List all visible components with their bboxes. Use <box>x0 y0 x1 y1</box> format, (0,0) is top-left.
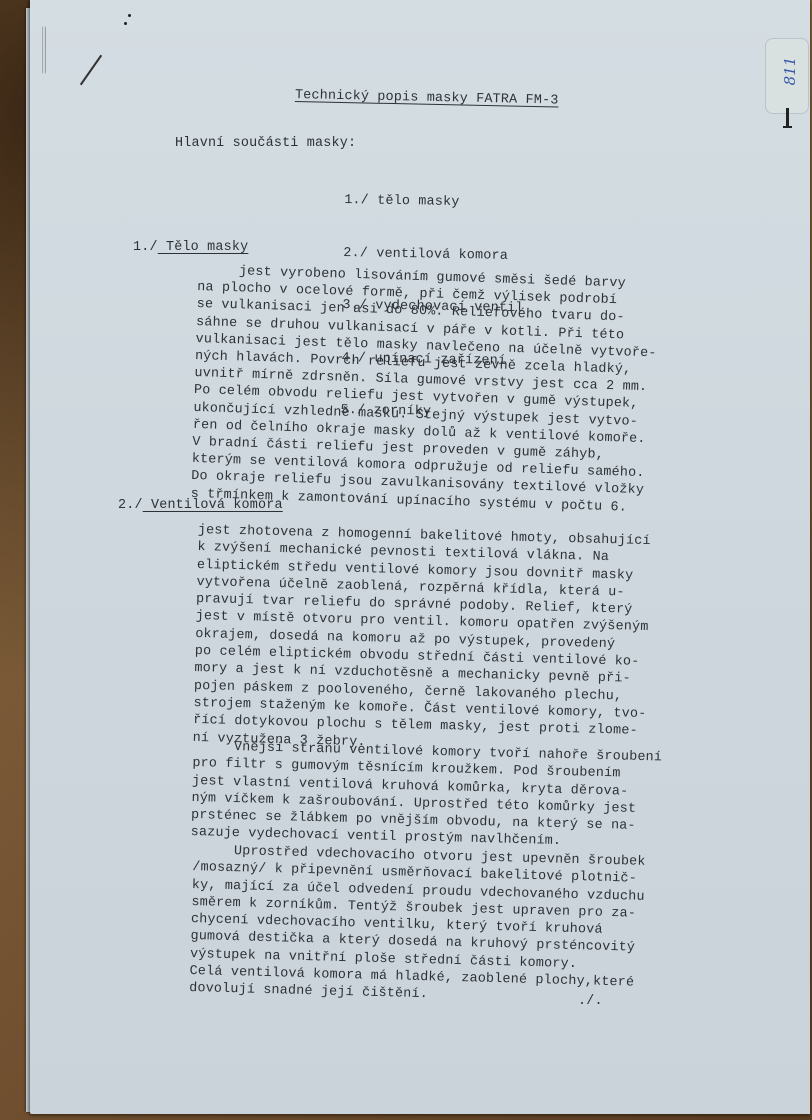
section-title: Ventilová komora <box>151 498 283 513</box>
section-2-paragraph-3: Uprostřed vdechovacího otvoru jest upevn… <box>189 842 646 1009</box>
section-1-heading: 1./ Tělo masky <box>133 240 248 255</box>
parts-list-item: 2./ ventilová komora <box>343 244 524 265</box>
section-2-heading: 2./ Ventilová komora <box>118 498 283 513</box>
ink-tick-mark <box>786 108 789 128</box>
section-number: 1./ <box>133 240 158 255</box>
staple-icon <box>42 26 46 74</box>
ink-dot <box>128 14 131 17</box>
section-2-paragraph-1: jest zhotovena z homogenní bakelitové hm… <box>193 522 651 758</box>
section-number: 2./ <box>118 498 143 513</box>
continuation-mark: ./. <box>578 994 603 1009</box>
section-1-body: jest vyrobeno lisováním gumové směsi šed… <box>190 262 659 517</box>
ink-dot <box>124 22 127 25</box>
section-title: Tělo masky <box>166 240 248 255</box>
handwritten-page-number: 811 <box>781 51 799 91</box>
parts-intro: Hlavní součásti masky: <box>175 136 356 151</box>
parts-list-item: 1./ tělo masky <box>344 192 525 213</box>
section-2-paragraph-2: Vnější stranu ventilové komory tvoří nah… <box>190 738 662 853</box>
